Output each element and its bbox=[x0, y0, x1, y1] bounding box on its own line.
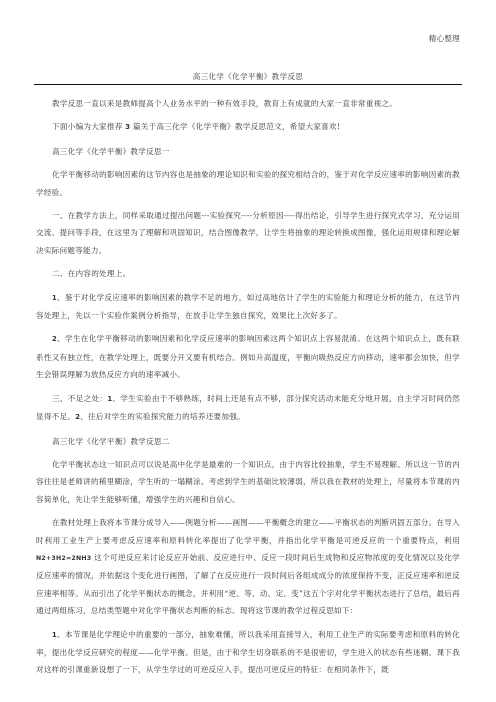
header-note: 精心整理 bbox=[429, 33, 460, 44]
section1-point-2: 2、学生在化学平衡移动的影响因素和化学反应速率的影响因素这两个知识点上容易混淆。… bbox=[36, 330, 460, 383]
document-page: 精心整理 高三化学《化学平衡》教学反思 教学反思一直以来是教师提高个人业务水平的… bbox=[0, 0, 496, 702]
shortcomings-text-2: 、往后对学生的实验探究能力的培养还要加强。 bbox=[80, 412, 245, 421]
recommend-paragraph: 下面小编为大家推荐 3 篇关于高三化学《化学平衡》教学反思范文，希望大家喜欢! bbox=[36, 118, 460, 136]
point-text: 、学生在化学平衡移动的影响因素和化学反应速率的影响因素这两个知识点上容易混淆。在… bbox=[36, 334, 460, 379]
section1-paragraph-method: 一、在教学方法上，同样采取通过提出问题---实验探究----分析原因----得出… bbox=[36, 207, 460, 259]
section2-heading: 高三化学《化学平衡》教学反思二 bbox=[36, 433, 460, 450]
section1-point-1: 1、鉴于对化学反应速率的影响因素的教学不足的地方，如过高地估计了学生的实验能力和… bbox=[36, 289, 460, 325]
paragraph-text-before: 在教材处理上我将本节课分成导入——例题分析——画图——平衡概念的建立——平衡状态… bbox=[36, 518, 460, 544]
section2-paragraph-2: 在教材处理上我将本节课分成导入——例题分析——画图——平衡概念的建立——平衡状态… bbox=[36, 514, 460, 619]
section1-paragraph-content: 二、在内容的处理上。 bbox=[36, 265, 460, 282]
document-title: 高三化学《化学平衡》教学反思 bbox=[34, 71, 462, 82]
section2-point-1: 1、本节课是化学理论中的重要的一部分，抽象难懂，所以我采用直接导入，利用工业生产… bbox=[36, 626, 460, 679]
shortcomings-lead: 三、不足之处： bbox=[52, 394, 107, 403]
section2-paragraph-1: 化学平衡状态这一知识点可以说是高中化学是最难的一个知识点，由于内容比较抽象，学生… bbox=[36, 456, 460, 508]
paragraph-text-after: 这个可逆反应来讨论反应开始前、反应进行中、反应一段时间后生成物和反应物浓度的变化… bbox=[36, 553, 460, 615]
section1-paragraph-1: 化学平衡移动的影响因素的这节内容也是抽象的理论知识和实验的探究相结合的，鉴于对化… bbox=[36, 166, 460, 201]
document-body: 教学反思一直以来是教师提高个人业务水平的一种有效手段，教育上有成就的大家一直非常… bbox=[36, 95, 460, 685]
point-text: 、鉴于对化学反应速率的影响因素的教学不足的地方，如过高地估计了学生的实验能力和理… bbox=[36, 293, 460, 320]
intro-paragraph: 教学反思一直以来是教师提高个人业务水平的一种有效手段，教育上有成就的大家一直非常… bbox=[36, 95, 460, 112]
section1-heading: 高三化学《化学平衡》教学反思一 bbox=[36, 143, 460, 160]
recommend-count: 3 bbox=[125, 123, 130, 131]
section1-shortcomings: 三、不足之处：1、学生实验由于不够熟练，时间上还是有点不够，部分探究活动未能充分… bbox=[36, 390, 460, 427]
title-divider bbox=[34, 84, 462, 85]
recommend-text-before: 下面小编为大家推荐 bbox=[52, 122, 123, 131]
chemical-formula: N2+3H2=2NH3 bbox=[36, 555, 91, 562]
point-text: 、本节课是化学理论中的重要的一部分，抽象难懂，所以我采用直接导入，利用工业生产的… bbox=[36, 630, 460, 675]
recommend-text-after: 篇关于高三化学《化学平衡》教学反思范文，希望大家喜欢! bbox=[133, 122, 340, 131]
